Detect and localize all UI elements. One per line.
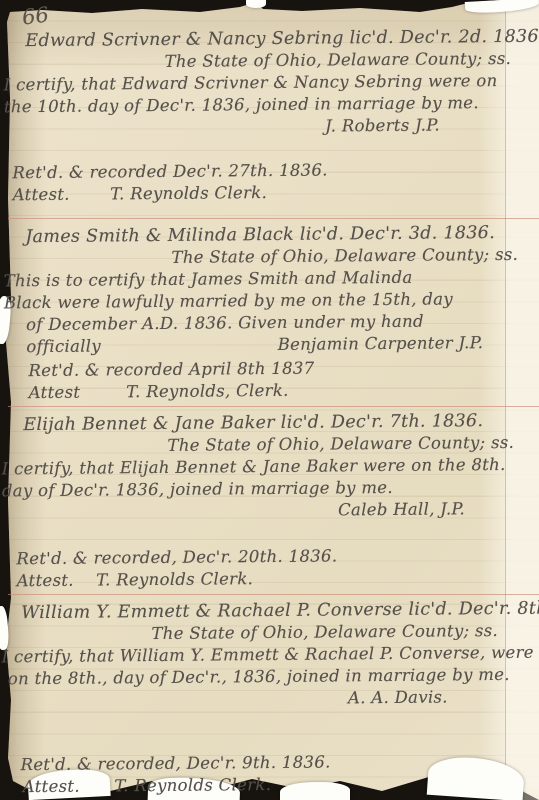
entry-separator-rule [8, 594, 539, 595]
state-line: The State of Ohio, Delaware County; ss. [167, 432, 538, 457]
torn-edge [246, 0, 266, 8]
entry-separator-rule [8, 406, 539, 407]
page-number: 66 [21, 2, 50, 29]
certify-line: the 10th. day of Dec'r. 1836, joined in … [4, 92, 539, 119]
marriage-record-entry: Elijah Bennet & Jane Baker lic'd. Dec'r.… [0, 410, 539, 593]
signature: Benjamin Carpenter J.P. [278, 332, 484, 356]
state-line: The State of Ohio, Delaware County; ss. [171, 244, 538, 269]
attest-name: T. Reynolds Clerk. [110, 183, 267, 203]
attest-line: Attest. T. Reynolds Clerk. [17, 566, 539, 593]
marriage-record-entry: James Smith & Milinda Black lic'd. Dec'r… [0, 222, 539, 405]
entry-separator-rule [8, 218, 539, 219]
attest-line: Attest. T. Reynolds Clerk. [23, 772, 539, 799]
attest-label: Attest. [13, 183, 105, 206]
certify-line: I certify, that Elijah Bennet & Jane Bak… [2, 454, 539, 481]
attest-line: Attest T. Reynolds, Clerk. [29, 378, 539, 404]
scanned-ledger-page: 66 Edward Scrivner & Nancy Sebring lic'd… [0, 0, 539, 800]
marriage-record-entry: William Y. Emmett & Rachael P. Converse … [0, 598, 539, 799]
attest-label: Attest. [23, 775, 109, 798]
state-line: The State of Ohio, Delaware County; ss. [164, 48, 538, 73]
attest-line: Attest. T. Reynolds Clerk. [13, 180, 539, 207]
signature-prefix: officially [26, 335, 101, 358]
certify-line: on the 8th., day of Dec'r., 1836, joined… [8, 664, 539, 691]
attest-label: Attest. [17, 570, 91, 593]
attest-name: T. Reynolds, Clerk. [126, 381, 289, 401]
signature-row: officially Benjamin Carpenter J.P. [26, 332, 483, 358]
signature: Caleb Hall, J.P. [338, 498, 539, 522]
marriage-record-entry: Edward Scrivner & Nancy Sebring lic'd. D… [0, 26, 539, 207]
attest-label: Attest [29, 381, 121, 404]
signature: J. Roberts J.P. [325, 114, 539, 138]
attest-name: T. Reynolds Clerk. [114, 775, 271, 795]
signature: A. A. Davis. [348, 686, 539, 710]
attest-name: T. Reynolds Clerk. [96, 569, 253, 589]
